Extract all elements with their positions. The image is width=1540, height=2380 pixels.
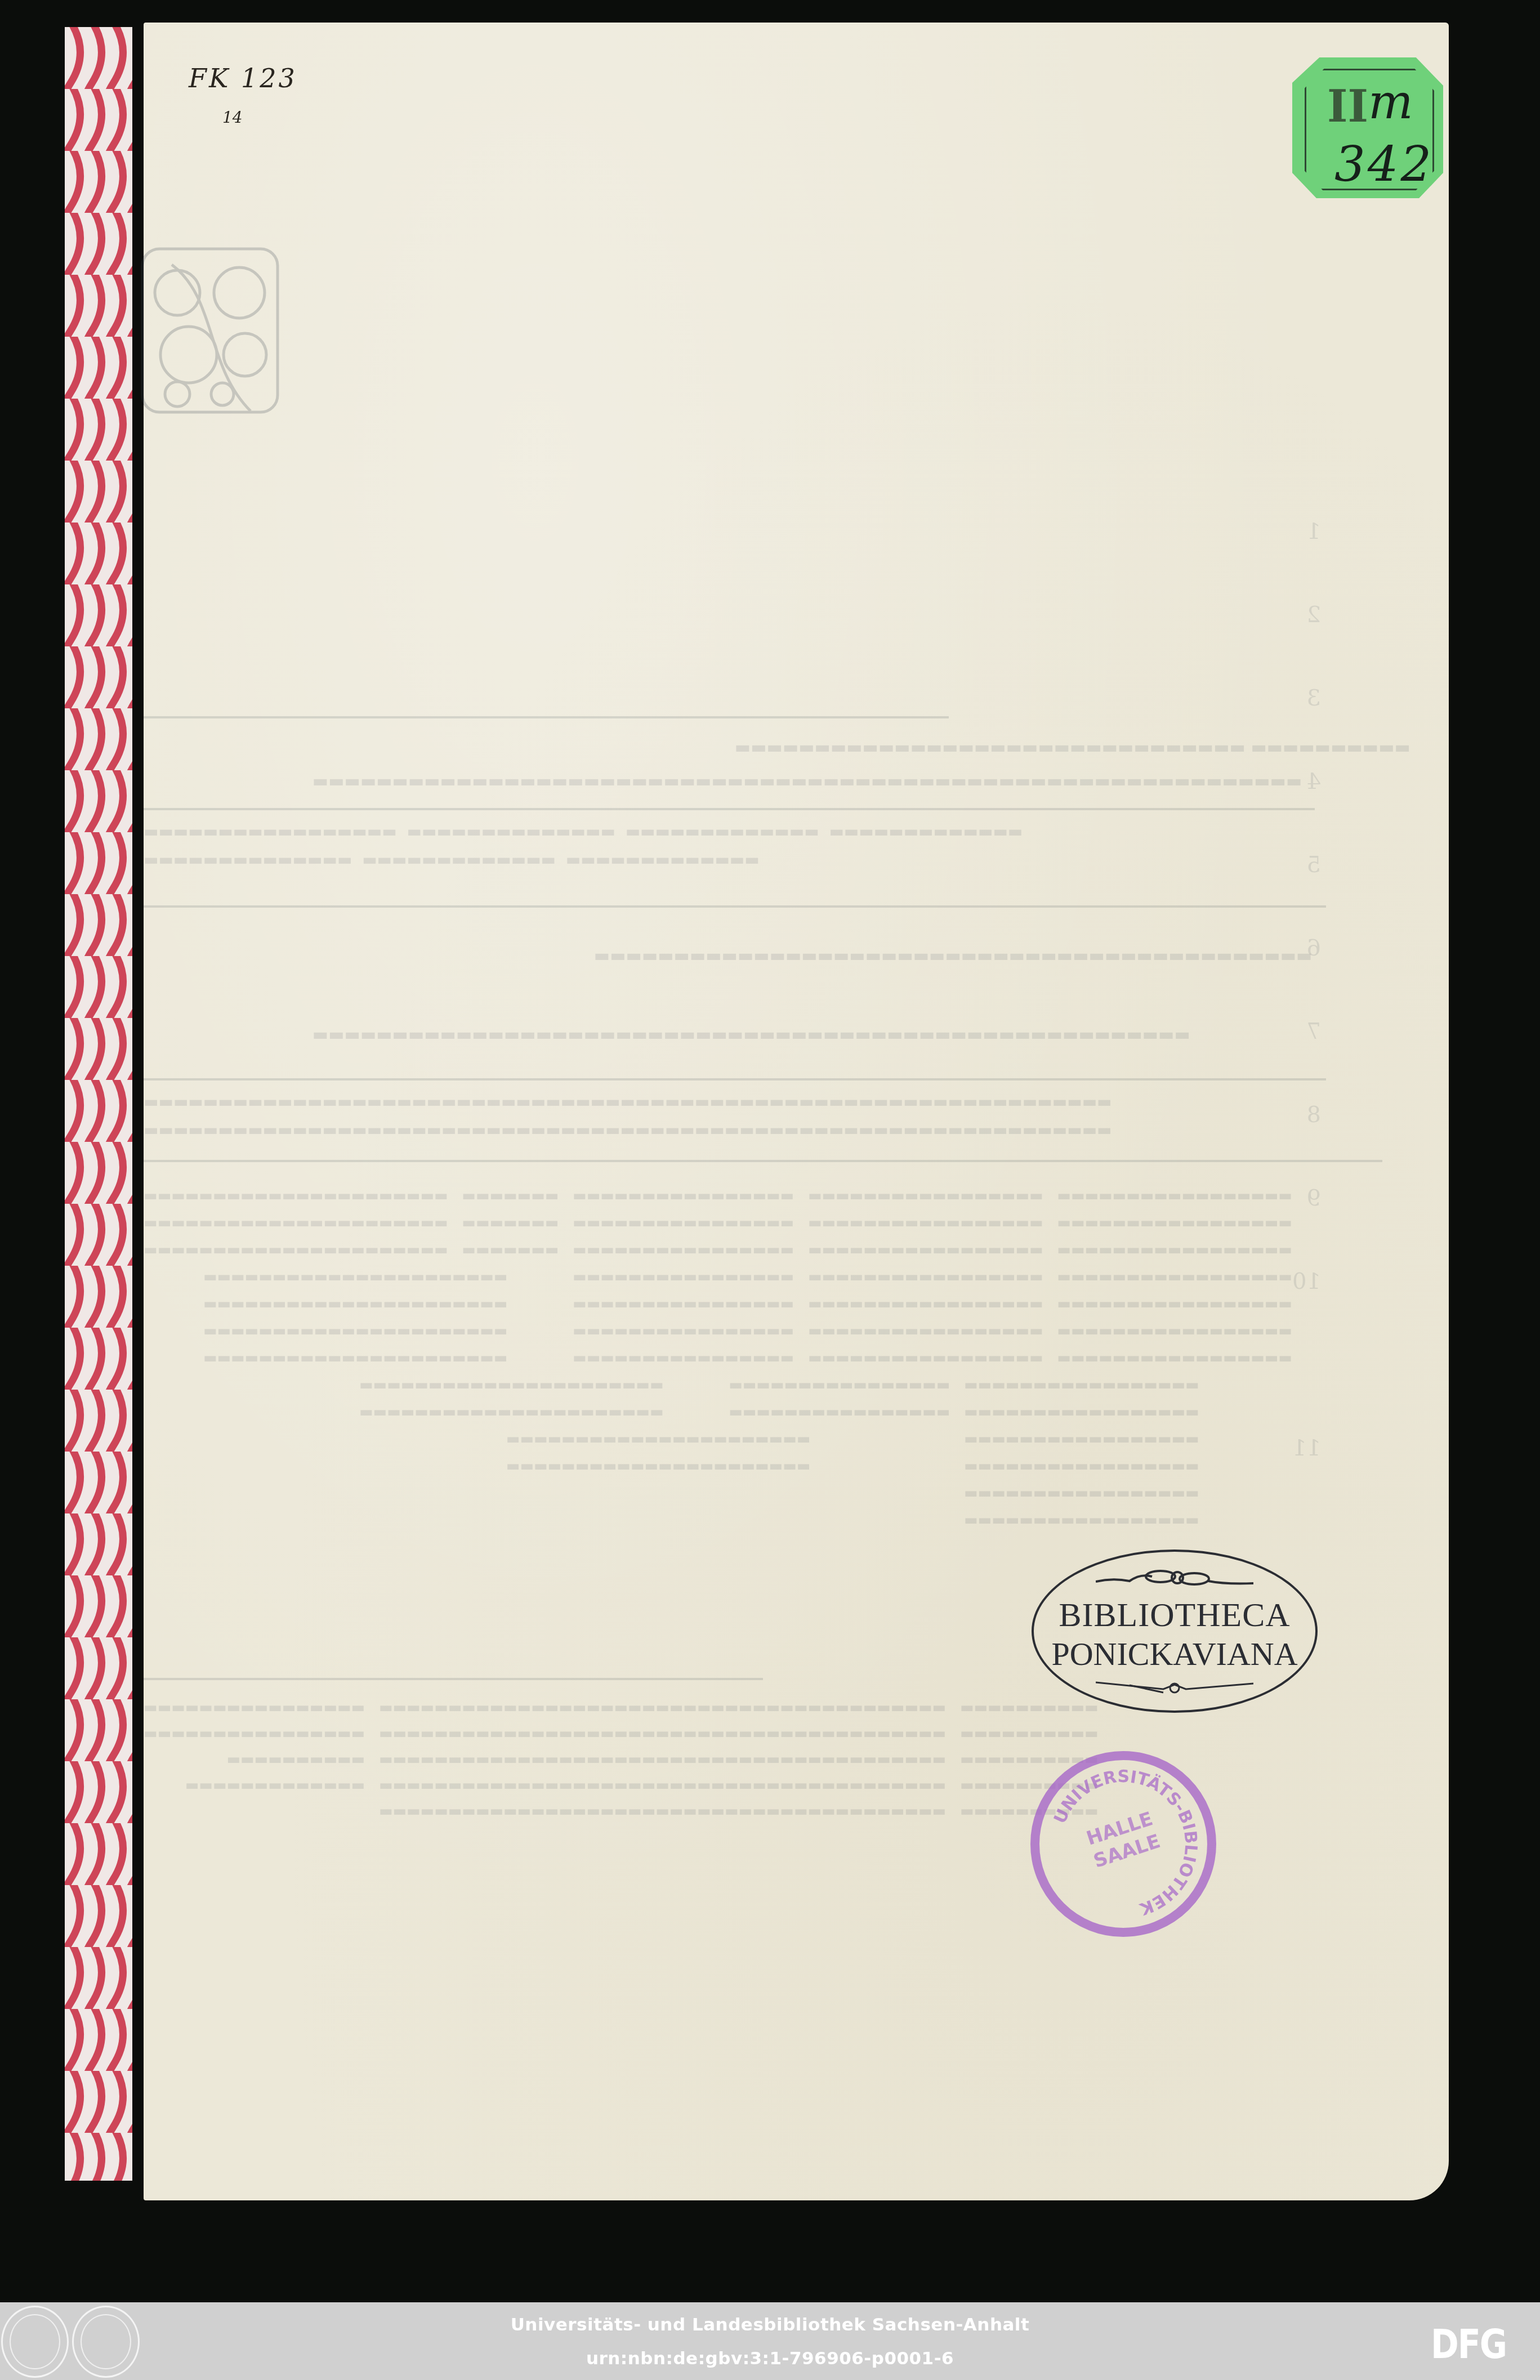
bleed-through-text: ▬▬▬▬▬▬▬▬▬▬▬▬▬ ▬▬▬▬▬▬▬▬▬▬▬▬▬ ▬▬▬▬▬▬▬▬▬▬▬▬… (144, 822, 1023, 841)
bleed-through-columns: ▬▬▬▬▬▬▬▬▬▬▬▬▬▬▬▬▬ ▬▬▬▬▬▬▬▬▬▬▬▬▬▬▬▬▬ ▬▬▬▬… (144, 1182, 1292, 1534)
bleed-through-ornament-icon (138, 242, 284, 422)
bleed-through-columns: ▬▬▬▬▬▬▬▬▬▬ ▬▬▬▬▬▬▬▬▬▬▬▬▬▬▬▬▬▬▬▬▬▬▬▬▬▬▬▬▬… (144, 1695, 1098, 1824)
ownership-stamp: BIBLIOTHECA PONICKAVIANA (1032, 1550, 1318, 1713)
bleed-through-rule (144, 808, 1315, 810)
bleed-through-rule (144, 905, 1326, 908)
floral-ornament-icon (1096, 1568, 1253, 1590)
urn-identifier: urn:nbn:de:gbv:3:1-796906-p0001-6 (0, 2348, 1540, 2369)
bleed-through-rule (144, 1678, 763, 1680)
bleed-through-rule (144, 716, 949, 718)
bleed-through-text: ▬▬▬▬▬▬▬▬▬▬▬▬▬ ▬▬▬▬▬▬▬▬▬▬▬▬▬ ▬▬▬▬▬▬▬▬▬▬▬▬… (144, 850, 760, 869)
bleed-through-text: ▬▬▬▬▬▬▬▬▬▬▬▬▬▬▬▬▬▬▬▬▬▬▬▬▬▬▬▬▬▬▬▬▬▬▬▬▬▬▬▬… (144, 1092, 1112, 1111)
shelf-label: II m 342 (1292, 57, 1443, 198)
bleed-through-text: ▬▬▬▬▬▬▬▬▬▬▬▬▬▬▬▬▬▬▬▬▬▬▬▬▬▬▬▬▬▬▬▬▬▬▬▬▬▬▬▬… (144, 1120, 1112, 1139)
bleed-through-text: ▬▬▬▬▬▬▬▬▬▬▬▬▬▬▬▬▬▬▬▬▬▬▬▬▬▬▬▬▬▬▬▬▬▬▬▬▬▬▬▬… (594, 946, 1313, 966)
floral-ornament-icon (1096, 1677, 1253, 1699)
dfg-logo-icon: DFG (1431, 2321, 1506, 2368)
shelf-label-roman: II (1327, 81, 1368, 132)
scanned-page: ▬▬▬▬▬▬▬▬▬▬ ▬▬▬▬▬▬▬▬▬▬▬▬▬▬▬▬▬▬▬▬▬▬▬▬▬▬▬▬▬… (144, 23, 1449, 2200)
footer-bar: Universitäts- und Landesbibliothek Sachs… (0, 2302, 1540, 2380)
bleed-through-rule (144, 1078, 1326, 1080)
bleed-through-rule (144, 1160, 1382, 1162)
bleed-through-text: ▬▬▬▬▬▬▬▬▬▬▬▬▬▬▬▬▬▬▬▬▬▬▬▬▬▬▬▬▬▬▬▬▬▬▬▬▬▬▬▬… (313, 1025, 1190, 1044)
handwritten-shelfmark: FK 123 (189, 63, 297, 93)
handwritten-subnumber: 14 (222, 108, 243, 127)
bleed-through-text: ▬▬▬▬▬▬▬▬▬▬▬▬▬▬▬▬▬▬▬▬▬▬▬▬▬▬▬▬▬▬▬▬▬▬▬▬▬▬▬▬… (313, 771, 1302, 791)
binding-strip (65, 27, 132, 2181)
stamp-line-2: PONICKAVIANA (1034, 1635, 1315, 1673)
institution-name: Universitäts- und Landesbibliothek Sachs… (0, 2315, 1540, 2335)
stamp-line-1: BIBLIOTHECA (1034, 1596, 1315, 1635)
bleed-through-numerals: 1 2 3 4 5 6 7 8 9 10 11 (1292, 490, 1321, 1490)
library-stamp: UNIVERSITÄTS-BIBLIOTHEK HALLE SAALE (1030, 1751, 1216, 1937)
shelf-label-number: 342 (1334, 136, 1434, 193)
shelf-label-letter: m (1368, 74, 1413, 130)
